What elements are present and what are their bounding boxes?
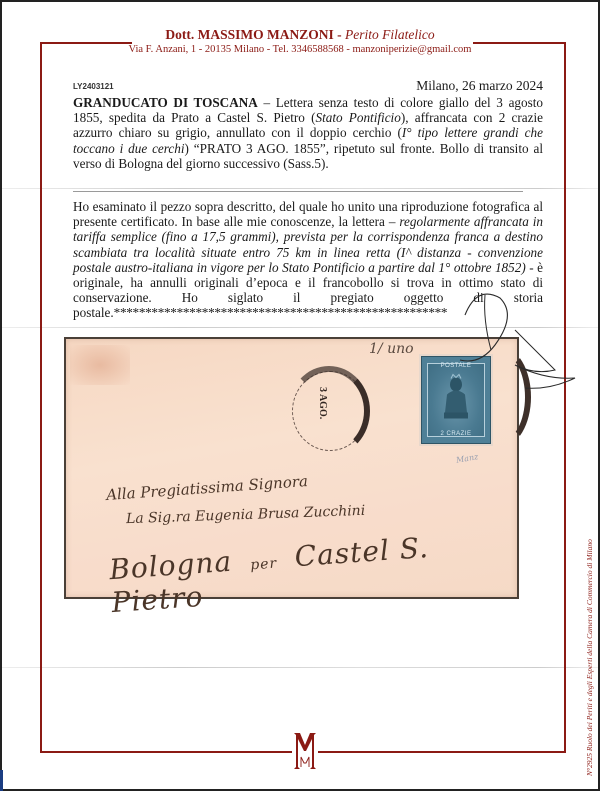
- cover-photo: 3 AGO. 1/ uno POSTALE 2 CRAZIE Manz Alla…: [64, 337, 519, 599]
- description-paragraph: GRANDUCATO DI TOSCANA – Lettera senza te…: [73, 95, 543, 171]
- certificate-date: Milano, 26 marzo 2024: [416, 78, 543, 94]
- expert-address: Via F. Anzani, 1 - 20135 Milano - Tel. 3…: [0, 43, 600, 56]
- expert-role: Perito Filatelico: [345, 27, 435, 42]
- pencil-signature: Manz: [455, 452, 479, 465]
- stars-line: ****************************************…: [114, 305, 448, 320]
- certificate-id: LY2403121: [73, 82, 114, 91]
- address-line-2: La Sig.ra Eugenia Brusa Zucchini: [126, 503, 366, 527]
- stamp-value-text: 2 CRAZIE: [428, 431, 484, 437]
- description-title: GRANDUCATO DI TOSCANA: [73, 95, 258, 110]
- mm-monogram-icon: [292, 731, 318, 771]
- address-line-1: Alla Pregiatissima Signora: [106, 472, 309, 504]
- scan-edge: [0, 770, 3, 791]
- postmark-date: 3 AGO.: [317, 387, 328, 419]
- monogram-logo: [292, 731, 318, 771]
- postmark-prato: [288, 366, 370, 456]
- paper-stain: [70, 345, 130, 385]
- expert-signature: [455, 290, 595, 410]
- letterhead: Dott. MASSIMO MANZONI - Perito Filatelic…: [0, 27, 600, 56]
- handwritten-note: 1/ uno: [369, 341, 414, 357]
- section-divider: [73, 191, 523, 192]
- registration-number: N°2925 Ruolo dei Periti e degli Esperti …: [585, 476, 594, 776]
- expert-name: Dott. MASSIMO MANZONI - Perito Filatelic…: [0, 27, 600, 43]
